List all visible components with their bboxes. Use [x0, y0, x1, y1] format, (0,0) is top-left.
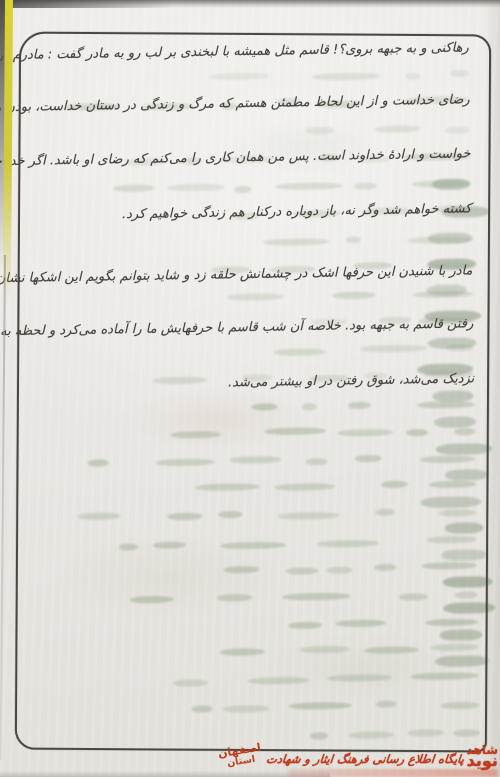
- logo-underline-band: [288, 769, 498, 777]
- scan-edge-top: [0, 0, 500, 8]
- scanned-letter-page: رهاکنی و به جبهه بروی؟! قاسم مثل همیشه ب…: [0, 0, 500, 777]
- logo-province-word: استان: [227, 755, 256, 769]
- logo-province: اصفهان استان: [218, 742, 264, 770]
- logo-tagline: پایگاه اطلاع رسانی فرهنگ ایثار و شهادت: [265, 752, 465, 769]
- navid-shahed-logo: شاهد نوید پایگاه اطلاع رسانی فرهنگ ایثار…: [286, 733, 498, 775]
- page-border-frame: [15, 32, 491, 753]
- logo-row: شاهد نوید پایگاه اطلاع رسانی فرهنگ ایثار…: [219, 744, 498, 769]
- navid-shahed-logo-mark: شاهد نوید: [466, 744, 498, 769]
- scan-edge-bottom: [0, 771, 330, 777]
- logo-mark-word-bottom: نوید: [467, 753, 498, 769]
